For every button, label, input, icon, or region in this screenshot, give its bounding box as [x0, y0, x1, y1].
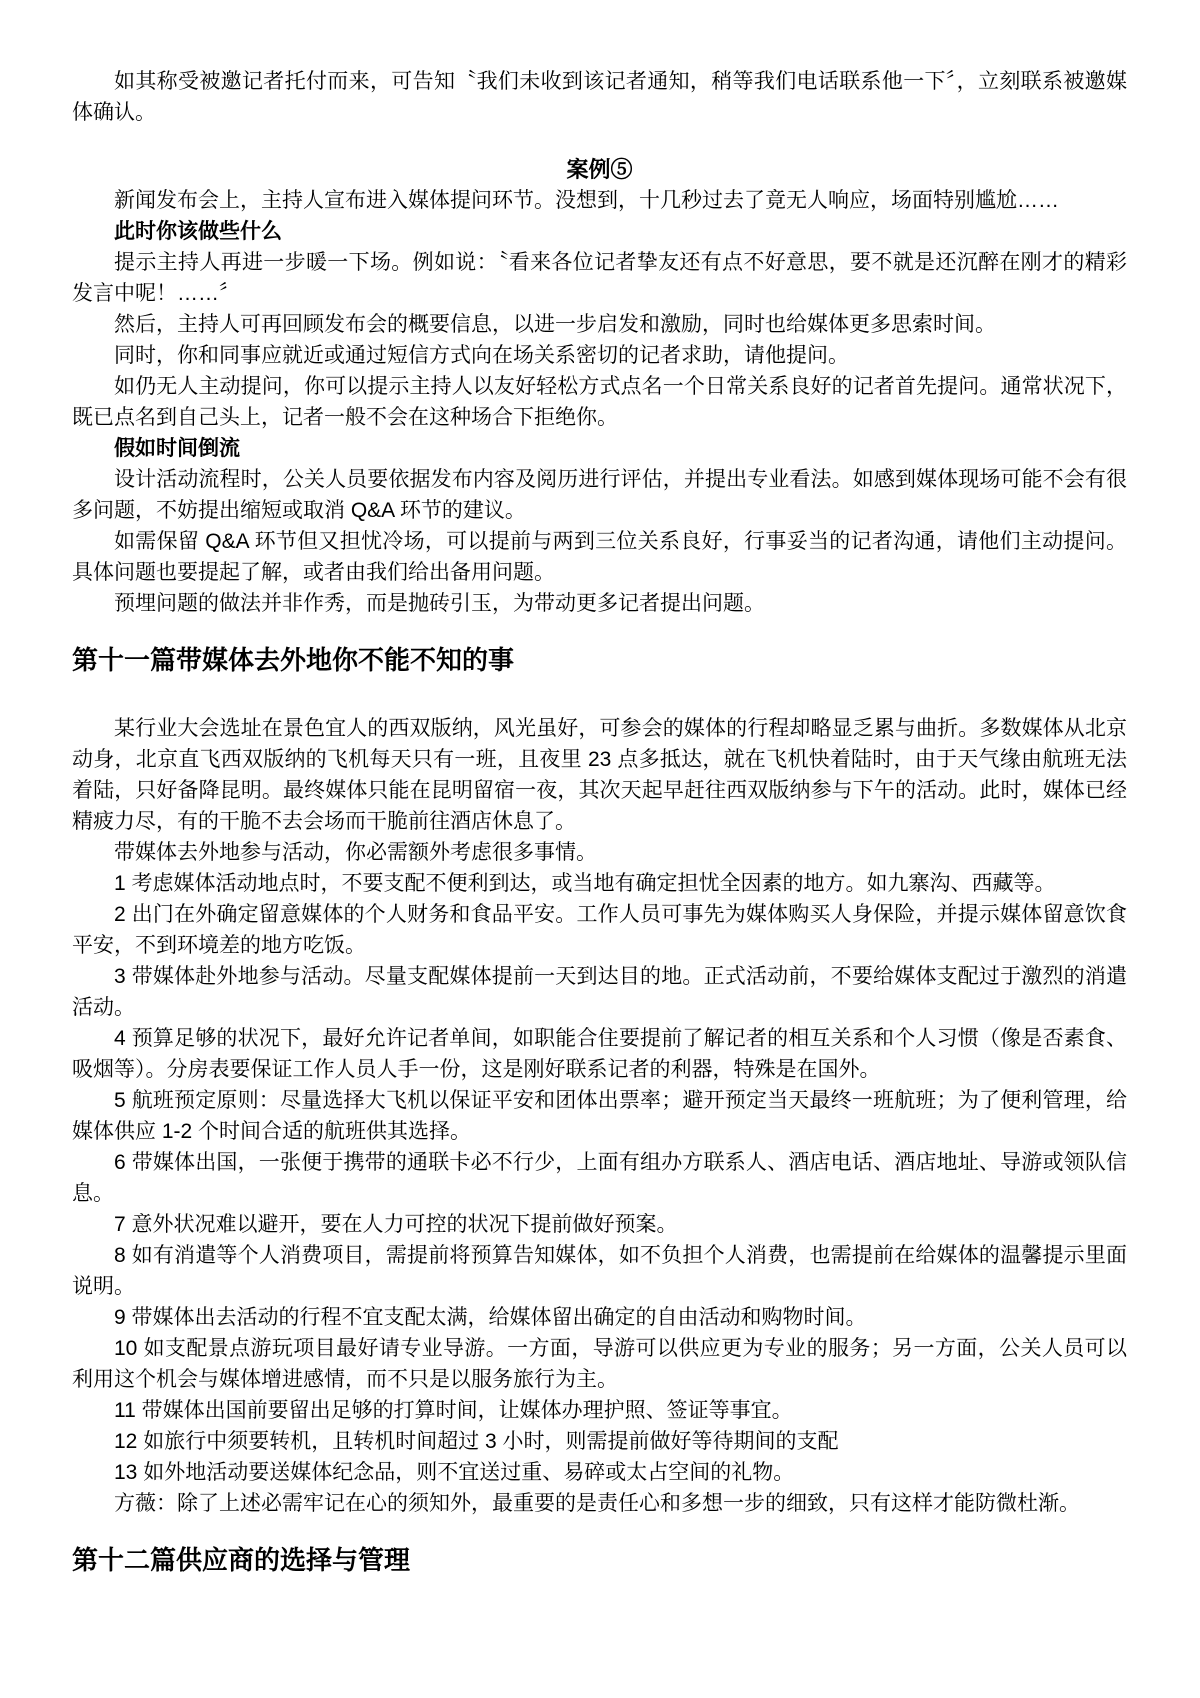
paragraph: 如其称受被邀记者托付而来，可告知〝我们未收到该记者通知，稍等我们电话联系他一下〞…: [72, 66, 1127, 128]
document-page: 如其称受被邀记者托付而来，可告知〝我们未收到该记者通知，稍等我们电话联系他一下〞…: [0, 0, 1200, 1698]
list-item: 6 带媒体出国，一张便于携带的通联卡必不行少，上面有组办方联系人、酒店电话、酒店…: [72, 1147, 1127, 1209]
paragraph: 带媒体去外地参与活动，你必需额外考虑很多事情。: [72, 837, 1127, 868]
bold-subheading: 假如时间倒流: [72, 433, 1127, 464]
paragraph: 如仍无人主动提问，你可以提示主持人以友好轻松方式点名一个日常关系良好的记者首先提…: [72, 371, 1127, 433]
paragraph: 然后，主持人可再回顾发布会的概要信息，以进一步启发和激励，同时也给媒体更多思索时…: [72, 309, 1127, 340]
section-heading: 第十二篇供应商的选择与管理: [72, 1541, 1127, 1579]
section-heading: 第十一篇带媒体去外地你不能不知的事: [72, 641, 1127, 679]
list-item: 2 出门在外确定留意媒体的个人财务和食品平安。工作人员可事先为媒体购买人身保险，…: [72, 899, 1127, 961]
list-item: 9 带媒体出去活动的行程不宜支配太满，给媒体留出确定的自由活动和购物时间。: [72, 1302, 1127, 1333]
list-item: 5 航班预定原则：尽量选择大飞机以保证平安和团体出票率；避开预定当天最终一班航班…: [72, 1085, 1127, 1147]
bold-subheading: 此时你该做些什么: [72, 216, 1127, 247]
paragraph: 如需保留 Q&A 环节但又担忧冷场，可以提前与两到三位关系良好，行事妥当的记者沟…: [72, 526, 1127, 588]
list-item: 12 如旅行中须要转机，且转机时间超过 3 小时，则需提前做好等待期间的支配: [72, 1426, 1127, 1457]
list-item: 4 预算足够的状况下，最好允许记者单间，如职能合住要提前了解记者的相互关系和个人…: [72, 1023, 1127, 1085]
paragraph: 方薇：除了上述必需牢记在心的须知外，最重要的是责任心和多想一步的细致，只有这样才…: [72, 1488, 1127, 1519]
list-item: 3 带媒体赴外地参与活动。尽量支配媒体提前一天到达目的地。正式活动前，不要给媒体…: [72, 961, 1127, 1023]
paragraph: 新闻发布会上，主持人宣布进入媒体提问环节。没想到，十几秒过去了竟无人响应，场面特…: [72, 185, 1127, 216]
paragraph: 提示主持人再进一步暖一下场。例如说：〝看来各位记者挚友还有点不好意思，要不就是还…: [72, 247, 1127, 309]
paragraph: 设计活动流程时，公关人员要依据发布内容及阅历进行评估，并提出专业看法。如感到媒体…: [72, 464, 1127, 526]
paragraph: 某行业大会选址在景色宜人的西双版纳，风光虽好，可参会的媒体的行程却略显乏累与曲折…: [72, 713, 1127, 837]
list-item: 8 如有消遣等个人消费项目，需提前将预算告知媒体，如不负担个人消费，也需提前在给…: [72, 1240, 1127, 1302]
paragraph: 同时，你和同事应就近或通过短信方式向在场关系密切的记者求助，请他提问。: [72, 340, 1127, 371]
list-item: 10 如支配景点游玩项目最好请专业导游。一方面，导游可以供应更为专业的服务；另一…: [72, 1333, 1127, 1395]
list-item: 1 考虑媒体活动地点时，不要支配不便利到达，或当地有确定担忧全因素的地方。如九寨…: [72, 868, 1127, 899]
paragraph: 预埋问题的做法并非作秀，而是抛砖引玉，为带动更多记者提出问题。: [72, 588, 1127, 619]
list-item: 7 意外状况难以避开，要在人力可控的状况下提前做好预案。: [72, 1209, 1127, 1240]
list-item: 13 如外地活动要送媒体纪念品，则不宜送过重、易碎或太占空间的礼物。: [72, 1457, 1127, 1488]
case-heading: 案例⑤: [72, 154, 1127, 185]
list-item: 11 带媒体出国前要留出足够的打算时间，让媒体办理护照、签证等事宜。: [72, 1395, 1127, 1426]
